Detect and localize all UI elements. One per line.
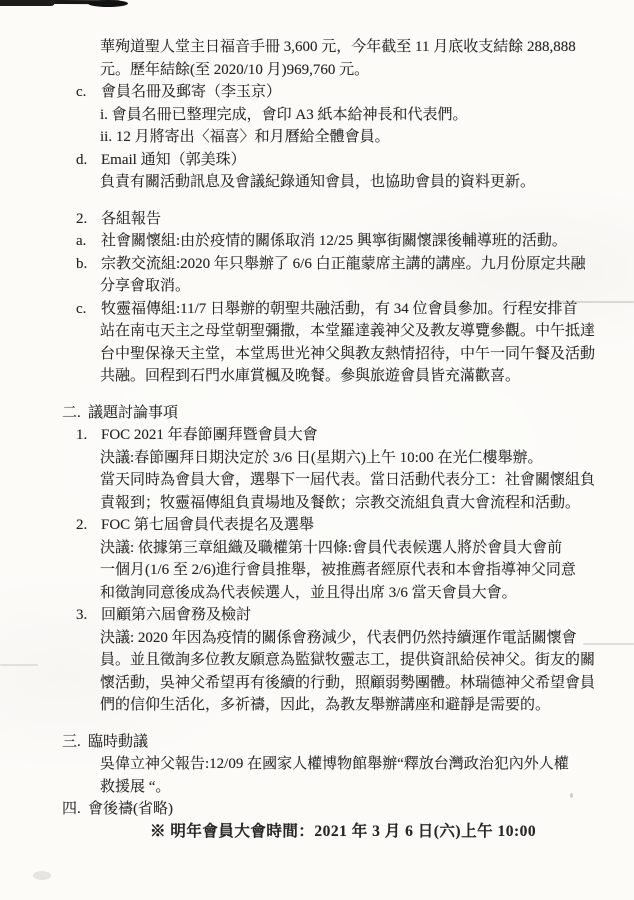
line-text: 和徵詢同意後成為代表候選人，並且得出席 3/6 當天會員大會。 — [100, 585, 517, 601]
list-marker: 1. — [76, 424, 101, 447]
line-text: 決議: 2020 年因為疫情的關係會務減少，代表們仍然持續運作電話關懷會 — [100, 630, 577, 646]
document-line: ii. 12 月將寄出〈福喜〉和月曆給全體會員。 — [0, 126, 628, 149]
line-text: 會後禱(省略) — [88, 801, 173, 817]
line-text: 社會關懷組:由於疫情的關係取消 12/25 興寧街關懷課後輔導班的活動。 — [101, 233, 567, 249]
paragraph-gap — [0, 194, 628, 208]
document-line: 站在南屯天主之母堂朝聖彌撒，本堂羅達義神父及教友導覽參觀。中午抵達 — [0, 320, 628, 343]
line-text: 元。歷年結餘(至 2020/10 月)969,760 元。 — [100, 62, 369, 78]
list-marker: 四. — [62, 798, 88, 821]
line-text: 負責有關活動訊息及會議紀錄通知會員，也協助會員的資料更新。 — [100, 174, 535, 190]
line-text: ※ 明年會員大會時間：2021 年 3 月 6 日(六)上午 10:00 — [150, 823, 536, 840]
line-text: 一個月(1/6 至 2/6)進行會員推舉，被推薦者經原代表和本會指導神父同意 — [100, 562, 576, 578]
document-line: 華殉道聖人堂主日福音手冊 3,600 元，今年截至 11 月底收支結餘 288,… — [0, 36, 628, 59]
document-line: 3.回顧第六屆會務及檢討 — [0, 604, 628, 627]
document-line: 負責有關活動訊息及會議紀錄通知會員，也協助會員的資料更新。 — [0, 171, 628, 194]
line-text: 們的信仰生活化，多祈禱，因此，為教友舉辦講座和避靜是需要的。 — [100, 697, 550, 713]
list-marker: 3. — [76, 604, 101, 627]
scan-artifact-top-smudge — [0, 0, 55, 6]
document-line: 們的信仰生活化，多祈禱，因此，為教友舉辦講座和避靜是需要的。 — [0, 694, 628, 717]
document-line: 元。歷年結餘(至 2020/10 月)969,760 元。 — [0, 59, 628, 82]
line-text: Email 通知（郭美珠） — [101, 152, 246, 168]
line-text: 救援展 “。 — [100, 779, 170, 795]
document-line: 責報到；牧靈福傳組負責場地及餐飲；宗教交流組負責大會流程和活動。 — [0, 492, 628, 515]
line-text: 台中聖保祿天主堂，本堂馬世光神父與教友熱情招待，中午一同午餐及活動 — [100, 346, 595, 362]
scan-artifact-top-blob — [88, 0, 128, 7]
line-text: FOC 第七屆會員代表提名及選舉 — [101, 517, 314, 533]
document-line: 決議: 2020 年因為疫情的關係會務減少，代表們仍然持續運作電話關懷會 — [0, 627, 628, 650]
line-text: 議題討論事項 — [88, 405, 178, 421]
footnote-line: ※ 明年會員大會時間：2021 年 3 月 6 日(六)上午 10:00 — [0, 821, 628, 844]
line-text: 共融。回程到石門水庫賞楓及晚餐。參與旅遊會員皆充滿歡喜。 — [100, 368, 520, 384]
line-text: 分享會取消。 — [100, 278, 190, 294]
line-text: 回顧第六屆會務及檢討 — [101, 607, 251, 623]
line-text: 吳偉立神父報告:12/09 在國家人權博物館舉辦“釋放台灣政治犯內外人權 — [100, 756, 569, 772]
document-line: 四.會後禱(省略) — [0, 798, 628, 821]
list-marker: 2. — [76, 208, 101, 231]
line-text: 員。並且徵詢多位教友願意為監獄牧靈志工，提供資訊給侯神父。街友的關 — [100, 652, 595, 668]
scanned-page: 華殉道聖人堂主日福音手冊 3,600 元，今年截至 11 月底收支結餘 288,… — [0, 0, 634, 900]
document-line: a.社會關懷組:由於疫情的關係取消 12/25 興寧街關懷課後輔導班的活動。 — [0, 230, 628, 253]
line-text: i. 會員名冊已整理完成，會印 A3 紙本給神長和代表們。 — [100, 107, 468, 123]
line-text: 宗教交流組:2020 年只舉辦了 6/6 白正龍蒙席主講的講座。九月份原定共融 — [101, 256, 586, 272]
document-line: 當天同時為會員大會，選舉下一屆代表。當日活動代表分工：社會關懷組負 — [0, 469, 628, 492]
document-line: 員。並且徵詢多位教友願意為監獄牧靈志工，提供資訊給侯神父。街友的關 — [0, 649, 628, 672]
document-line: c.牧靈福傳組:11/7 日舉辦的朝聖共融活動，有 34 位會員參加。行程安排首 — [0, 298, 628, 321]
document-line: 決議:春節團拜日期決定於 3/6 日(星期六)上午 10:00 在光仁樓舉辦。 — [0, 447, 628, 470]
document-line: 台中聖保祿天主堂，本堂馬世光神父與教友熱情招待，中午一同午餐及活動 — [0, 343, 628, 366]
list-marker: a. — [76, 230, 101, 253]
line-text: 責報到；牧靈福傳組負責場地及餐飲；宗教交流組負責大會流程和活動。 — [100, 495, 580, 511]
line-text: 懷活動，吳神父希望再有後續的行動，照顧弱勢團體。林瑞德神父希望會員 — [100, 675, 595, 691]
document-line: 2.FOC 第七屆會員代表提名及選舉 — [0, 514, 628, 537]
line-text: 決議:春節團拜日期決定於 3/6 日(星期六)上午 10:00 在光仁樓舉辦。 — [100, 450, 543, 466]
scan-artifact-blot — [33, 871, 51, 880]
document-line: 一個月(1/6 至 2/6)進行會員推舉，被推薦者經原代表和本會指導神父同意 — [0, 559, 628, 582]
document-line: d.Email 通知（郭美珠） — [0, 149, 628, 172]
document-line: 分享會取消。 — [0, 275, 628, 298]
document-line: 共融。回程到石門水庫賞楓及晚餐。參與旅遊會員皆充滿歡喜。 — [0, 365, 628, 388]
list-marker: c. — [76, 298, 101, 321]
list-marker: 二. — [62, 402, 88, 425]
document-body: 華殉道聖人堂主日福音手冊 3,600 元，今年截至 11 月底收支結餘 288,… — [0, 36, 628, 843]
document-line: 懷活動，吳神父希望再有後續的行動，照顧弱勢團體。林瑞德神父希望會員 — [0, 672, 628, 695]
line-text: 牧靈福傳組:11/7 日舉辦的朝聖共融活動，有 34 位會員參加。行程安排首 — [101, 301, 578, 317]
document-line: 吳偉立神父報告:12/09 在國家人權博物館舉辦“釋放台灣政治犯內外人權 — [0, 753, 628, 776]
scan-artifact-top-smudge — [0, 0, 120, 4]
list-marker: 2. — [76, 514, 101, 537]
list-marker: c. — [76, 81, 101, 104]
document-line: 2.各組報告 — [0, 208, 628, 231]
document-line: c.會員名冊及郵寄（李玉京） — [0, 81, 628, 104]
line-text: 華殉道聖人堂主日福音手冊 3,600 元，今年截至 11 月底收支結餘 288,… — [100, 39, 576, 55]
line-text: 決議: 依據第三章組織及職權第十四條:會員代表候選人將於會員大會前 — [100, 540, 562, 556]
document-line: 決議: 依據第三章組織及職權第十四條:會員代表候選人將於會員大會前 — [0, 537, 628, 560]
line-text: 站在南屯天主之母堂朝聖彌撒，本堂羅達義神父及教友導覽參觀。中午抵達 — [100, 323, 595, 339]
list-marker: b. — [76, 253, 101, 276]
line-text: 各組報告 — [101, 211, 161, 227]
line-text: 臨時動議 — [88, 734, 148, 750]
document-line: i. 會員名冊已整理完成，會印 A3 紙本給神長和代表們。 — [0, 104, 628, 127]
line-text: FOC 2021 年春節團拜暨會員大會 — [101, 427, 318, 443]
document-line: 三.臨時動議 — [0, 731, 628, 754]
document-line: 救援展 “。 — [0, 776, 628, 799]
paragraph-gap — [0, 388, 628, 402]
line-text: ii. 12 月將寄出〈福喜〉和月曆給全體會員。 — [100, 129, 390, 145]
line-text: 當天同時為會員大會，選舉下一屆代表。當日活動代表分工：社會關懷組負 — [100, 472, 595, 488]
document-line: 二.議題討論事項 — [0, 402, 628, 425]
list-marker: d. — [76, 149, 101, 172]
document-line: b.宗教交流組:2020 年只舉辦了 6/6 白正龍蒙席主講的講座。九月份原定共… — [0, 253, 628, 276]
paragraph-gap — [0, 717, 628, 731]
list-marker: 三. — [62, 731, 88, 754]
document-line: 1.FOC 2021 年春節團拜暨會員大會 — [0, 424, 628, 447]
line-text: 會員名冊及郵寄（李玉京） — [101, 84, 281, 100]
document-line: 和徵詢同意後成為代表候選人，並且得出席 3/6 當天會員大會。 — [0, 582, 628, 605]
